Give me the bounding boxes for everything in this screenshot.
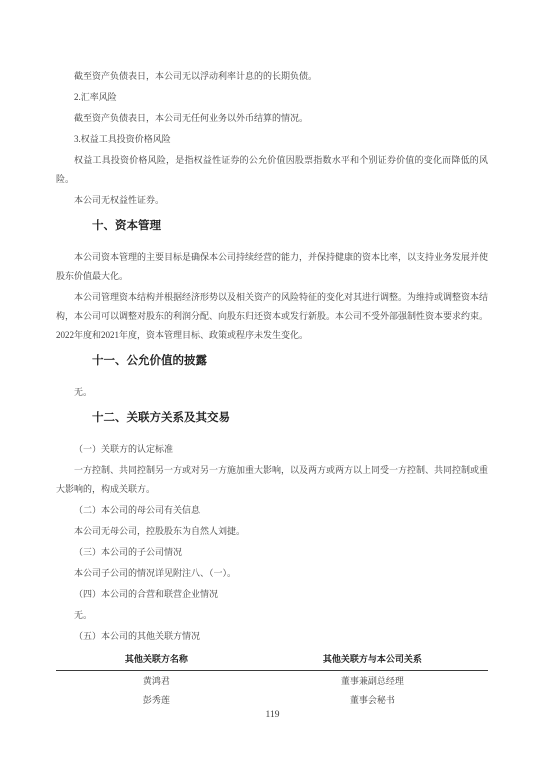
heading-fair-value-disclosure: 十一、公允价值的披露	[92, 352, 488, 371]
document-paragraph: （五）本公司的其他关联方情况	[56, 627, 488, 646]
table-row: 黄鸿君 董事兼副总经理	[56, 671, 488, 691]
table-header-name: 其他关联方名称	[56, 650, 257, 671]
related-party-name-cell: 黄鸿君	[56, 671, 257, 691]
document-paragraph: 本公司管理资本结构并根据经济形势以及相关资产的风险特征的变化对其进行调整。为维持…	[56, 288, 488, 345]
document-paragraph: （一）关联方的认定标准	[56, 440, 488, 459]
document-page: 截至资产负债表日，本公司无以浮动利率计息的的长期负债。 2.汇率风险 截至资产负…	[0, 0, 545, 771]
document-paragraph: （四）本公司的合营和联营企业情况	[56, 585, 488, 604]
related-party-relation-cell: 董事会秘书	[257, 690, 488, 709]
document-paragraph: 无。	[56, 383, 488, 402]
related-party-name-cell: 彭秀莲	[56, 690, 257, 709]
document-paragraph: 本公司无权益性证券。	[56, 191, 488, 210]
heading-capital-management: 十、资本管理	[92, 217, 488, 236]
document-paragraph: 3.权益工具投资价格风险	[56, 130, 488, 149]
document-paragraph: 截至资产负债表日，本公司无任何业务以外币结算的情况。	[56, 109, 488, 128]
page-number: 119	[0, 710, 545, 720]
document-paragraph: 2.汇率风险	[56, 88, 488, 107]
related-parties-table: 其他关联方名称 其他关联方与本公司关系 黄鸿君 董事兼副总经理 彭秀莲 董事会秘…	[56, 650, 488, 709]
heading-related-party-transactions: 十二、关联方关系及其交易	[92, 409, 488, 428]
table-header-row: 其他关联方名称 其他关联方与本公司关系	[56, 650, 488, 671]
document-paragraph: （二）本公司的母公司有关信息	[56, 501, 488, 520]
document-paragraph: 无。	[56, 606, 488, 625]
document-paragraph: 一方控制、共同控制另一方或对另一方施加重大影响，以及两方或两方以上同受一方控制、…	[56, 461, 488, 499]
document-paragraph: 本公司资本管理的主要目标是确保本公司持续经营的能力，并保持健康的资本比率，以支持…	[56, 248, 488, 286]
table-header-relation: 其他关联方与本公司关系	[257, 650, 488, 671]
document-paragraph: 本公司无母公司，控股股东为自然人刘捷。	[56, 522, 488, 541]
document-paragraph: 本公司子公司的情况详见附注八、（一）。	[56, 564, 488, 583]
document-paragraph: 截至资产负债表日，本公司无以浮动利率计息的的长期负债。	[56, 67, 488, 86]
related-party-relation-cell: 董事兼副总经理	[257, 671, 488, 691]
document-paragraph: 权益工具投资价格风险，是指权益性证券的公允价值因股票指数水平和个别证券价值的变化…	[56, 151, 488, 189]
table-row: 彭秀莲 董事会秘书	[56, 690, 488, 709]
document-paragraph: （三）本公司的子公司情况	[56, 543, 488, 562]
